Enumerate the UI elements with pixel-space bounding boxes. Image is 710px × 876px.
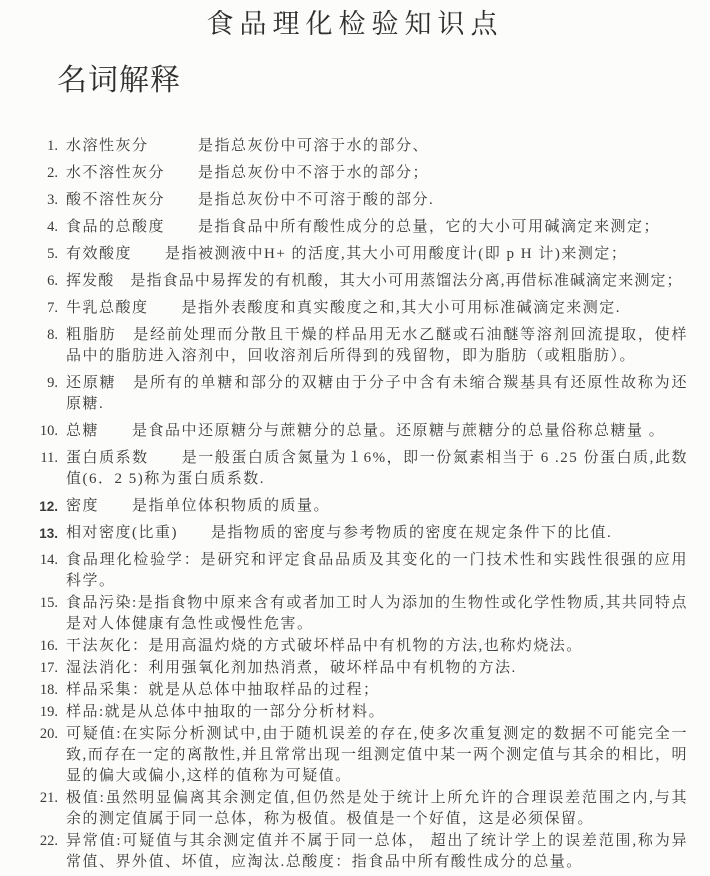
list-item: 7.牛乳总酸度 是指外表酸度和真实酸度之和,其大小可用标准碱滴定来测定.: [34, 298, 688, 319]
item-text: 样品:就是从总体中抽取的一部分分析材料。: [66, 704, 385, 720]
document-page: 食品理化检验知识点 名词解释 1.水溶性灰分 是指总灰份中可溶于水的部分、2.水…: [0, 8, 710, 876]
item-text: 食品污染:是指食物中原来含有或者加工时人为添加的生物性或化学性物质,其共同特点是…: [66, 595, 688, 632]
item-number: 13.: [34, 523, 58, 544]
list-item: 6.挥发酸 是指食品中易挥发的有机酸，其大小可用蒸馏法分离,再借标准碱滴定来测定…: [34, 271, 688, 292]
item-number: 4.: [34, 217, 58, 238]
section-heading: 名词解释: [57, 64, 710, 98]
item-number: 8.: [34, 325, 58, 346]
item-number: 14.: [34, 550, 58, 571]
item-text: 极值:虽然明显偏离其余测定值,但仍然是处于统计上所允许的合理误差范围之内,与其余…: [66, 790, 688, 827]
item-number: 11.: [34, 448, 58, 469]
item-text: 可疑值:在实际分析测试中,由于随机误差的存在,使多次重复测定的数据不可能完全一致…: [66, 726, 688, 784]
item-text: 酸不溶性灰分 是指总灰份中不可溶于酸的部分.: [66, 192, 434, 208]
list-item: 21.极值:虽然明显偏离其余测定值,但仍然是处于统计上所允许的合理误差范围之内,…: [34, 788, 688, 830]
list-item: 14.食品理化检验学：是研究和评定食品品质及其变化的一门技术性和实践性很强的应用…: [34, 550, 688, 592]
item-number: 18.: [34, 680, 58, 701]
list-item: 20.可疑值:在实际分析测试中,由于随机误差的存在,使多次重复测定的数据不可能完…: [34, 724, 688, 787]
item-text: 密度 是指单位体积物质的质量。: [66, 498, 330, 514]
item-number: 12.: [34, 496, 58, 517]
item-number: 3.: [34, 190, 58, 211]
list-item: 10.总糖 是食品中还原糖分与蔗糖分的总量。还原糖与蔗糖分的总量俗称总糖量 。: [34, 421, 688, 442]
document-title: 食品理化检验知识点: [0, 8, 710, 40]
list-item: 19.样品:就是从总体中抽取的一部分分析材料。: [34, 702, 688, 723]
list-item: 15.食品污染:是指食物中原来含有或者加工时人为添加的生物性或化学性物质,其共同…: [34, 593, 688, 635]
item-number: 20.: [34, 724, 58, 745]
item-text: 湿法消化：利用强氧化剂加热消煮，破坏样品中有机物的方法.: [66, 660, 517, 676]
item-text: 牛乳总酸度 是指外表酸度和真实酸度之和,其大小可用标准碱滴定来测定.: [66, 300, 621, 316]
definition-list: 1.水溶性灰分 是指总灰份中可溶于水的部分、2.水不溶性灰分 是指总灰份中不溶于…: [34, 136, 688, 873]
item-text: 粗脂肪 是经前处理而分散且干燥的样品用无水乙醚或石油醚等溶剂回流提取，使样品中的…: [66, 327, 688, 364]
list-item: 11.蛋白质系数 是一般蛋白质含氮量为１6%，即一份氮素相当于 6 .25 份蛋…: [34, 448, 688, 490]
item-number: 17.: [34, 658, 58, 679]
item-number: 21.: [34, 788, 58, 809]
item-text: 相对密度(比重) 是指物质的密度与参考物质的密度在规定条件下的比值.: [66, 525, 612, 541]
list-item: 16.干法灰化：是用高温灼烧的方式破坏样品中有机物的方法,也称灼烧法。: [34, 636, 688, 657]
item-number: 22.: [34, 831, 58, 852]
list-item: 2.水不溶性灰分 是指总灰份中不溶于水的部分；: [34, 163, 688, 184]
item-number: 19.: [34, 702, 58, 723]
item-number: 16.: [34, 636, 58, 657]
list-item: 22.异常值:可疑值与其余测定值并不属于同一总体， 超出了统计学上的误差范围,称…: [34, 831, 688, 873]
item-text: 水不溶性灰分 是指总灰份中不溶于水的部分；: [66, 165, 429, 181]
item-text: 有效酸度 是指被测液中H+ 的活度,其大小可用酸度计(即 p H 计)来测定；: [66, 246, 627, 262]
list-item: 12.密度 是指单位体积物质的质量。: [34, 496, 688, 517]
item-text: 食品理化检验学：是研究和评定食品品质及其变化的一门技术性和实践性很强的应用科学。: [66, 552, 688, 589]
item-number: 5.: [34, 244, 58, 265]
item-number: 6.: [34, 271, 58, 292]
item-number: 1.: [34, 136, 58, 157]
item-text: 异常值:可疑值与其余测定值并不属于同一总体， 超出了统计学上的误差范围,称为异常…: [66, 833, 688, 870]
item-number: 7.: [34, 298, 58, 319]
item-number: 2.: [34, 163, 58, 184]
item-text: 总糖 是食品中还原糖分与蔗糖分的总量。还原糖与蔗糖分的总量俗称总糖量 。: [66, 423, 665, 439]
item-text: 蛋白质系数 是一般蛋白质含氮量为１6%，即一份氮素相当于 6 .25 份蛋白质,…: [66, 450, 688, 487]
item-text: 食品的总酸度 是指食品中所有酸性成分的总量，它的大小可用碱滴定来测定；: [66, 219, 660, 235]
item-number: 9.: [34, 373, 58, 394]
item-text: 挥发酸 是指食品中易挥发的有机酸，其大小可用蒸馏法分离,再借标准碱滴定来测定；: [66, 273, 683, 289]
list-item: 1.水溶性灰分 是指总灰份中可溶于水的部分、: [34, 136, 688, 157]
list-item: 4.食品的总酸度 是指食品中所有酸性成分的总量，它的大小可用碱滴定来测定；: [34, 217, 688, 238]
item-number: 10.: [34, 421, 58, 442]
list-item: 8.粗脂肪 是经前处理而分散且干燥的样品用无水乙醚或石油醚等溶剂回流提取，使样品…: [34, 325, 688, 367]
list-item: 3.酸不溶性灰分 是指总灰份中不可溶于酸的部分.: [34, 190, 688, 211]
list-item: 17.湿法消化：利用强氧化剂加热消煮，破坏样品中有机物的方法.: [34, 658, 688, 679]
item-text: 还原糖 是所有的单糖和部分的双糖由于分子中含有未缩合羰基具有还原性故称为还原糖.: [66, 375, 688, 412]
item-text: 水溶性灰分 是指总灰份中可溶于水的部分、: [66, 138, 429, 154]
item-text: 样品采集：就是从总体中抽取样品的过程；: [66, 682, 380, 698]
list-item: 9.还原糖 是所有的单糖和部分的双糖由于分子中含有未缩合羰基具有还原性故称为还原…: [34, 373, 688, 415]
list-item: 5.有效酸度 是指被测液中H+ 的活度,其大小可用酸度计(即 p H 计)来测定…: [34, 244, 688, 265]
item-number: 15.: [34, 593, 58, 614]
list-item: 18.样品采集：就是从总体中抽取样品的过程；: [34, 680, 688, 701]
item-text: 干法灰化：是用高温灼烧的方式破坏样品中有机物的方法,也称灼烧法。: [66, 638, 583, 654]
list-item: 13.相对密度(比重) 是指物质的密度与参考物质的密度在规定条件下的比值.: [34, 523, 688, 544]
